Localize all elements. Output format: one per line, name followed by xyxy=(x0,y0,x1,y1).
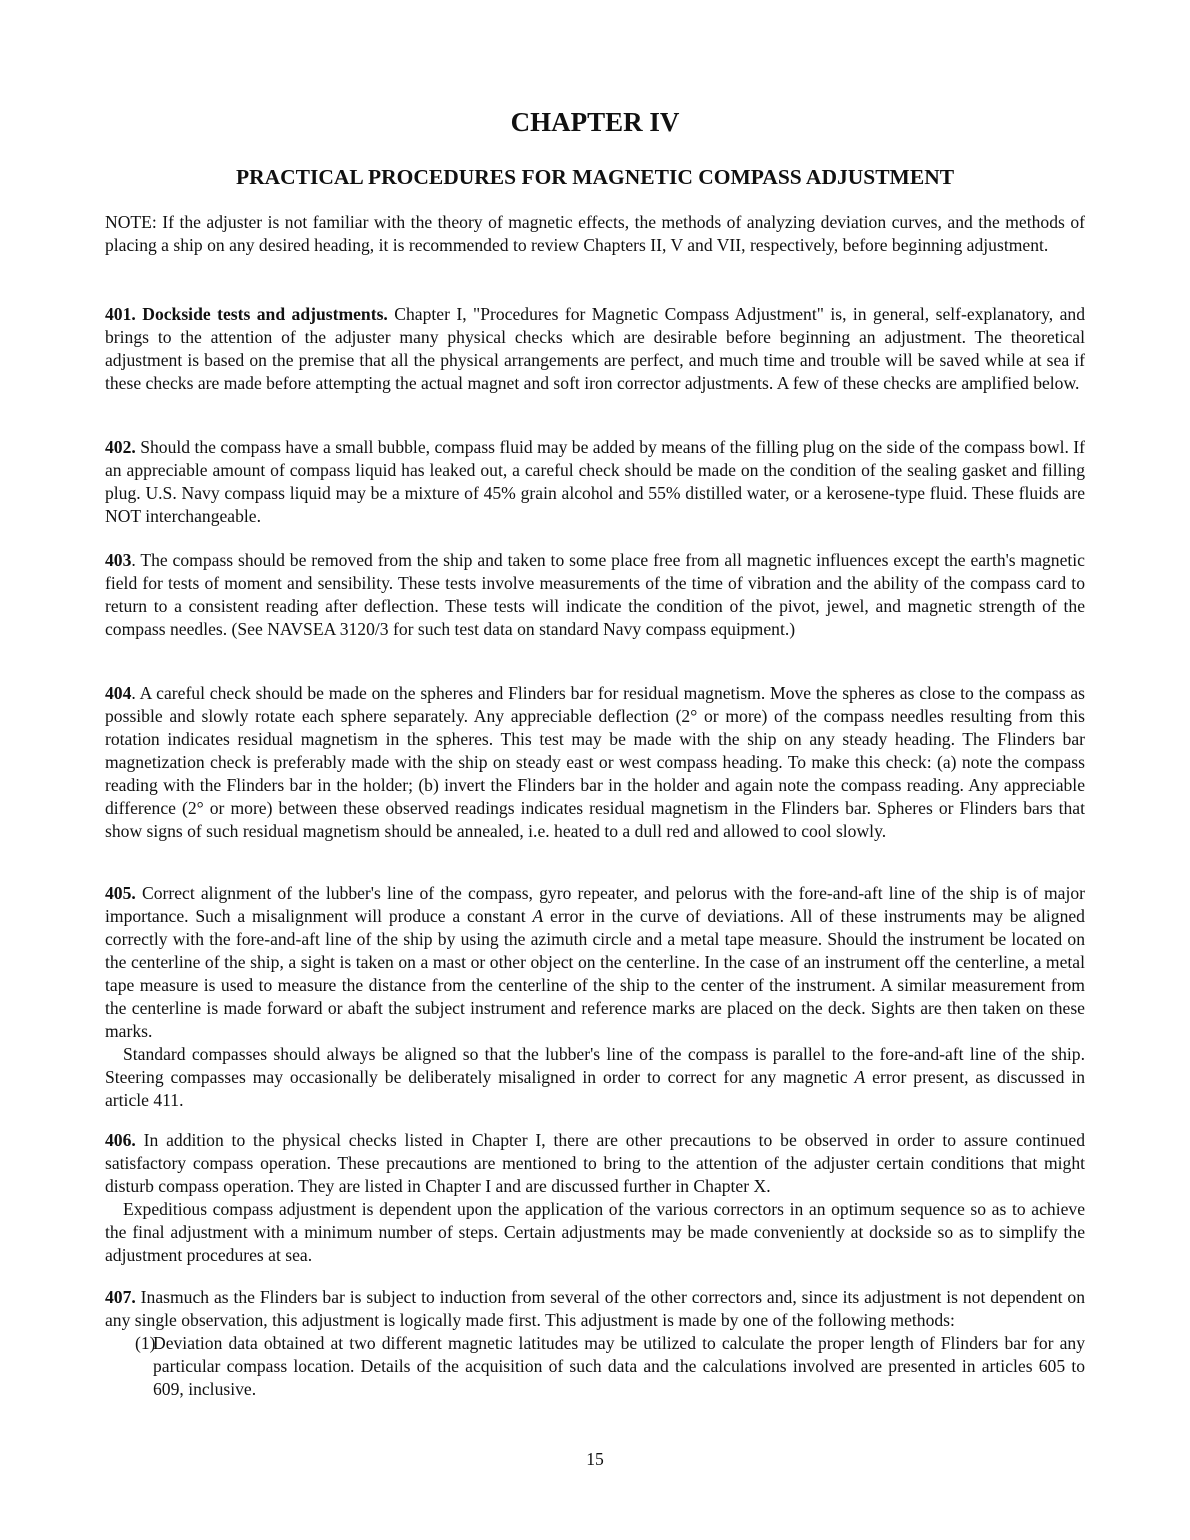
italic-a: A xyxy=(855,1067,866,1087)
article-number: 406. xyxy=(105,1130,136,1150)
chapter-subtitle: PRACTICAL PROCEDURES FOR MAGNETIC COMPAS… xyxy=(105,162,1085,192)
article-text: . A careful check should be made on the … xyxy=(105,683,1085,841)
article-406: 406. In addition to the physical checks … xyxy=(105,1129,1085,1267)
list-item-text: Deviation data obtained at two different… xyxy=(153,1333,1085,1399)
article-number: 405. xyxy=(105,883,136,903)
article-407: 407. Inasmuch as the Flinders bar is sub… xyxy=(105,1286,1085,1401)
note-text: NOTE: If the adjuster is not familiar wi… xyxy=(105,211,1085,257)
article-402: 402. Should the compass have a small bub… xyxy=(105,436,1085,528)
article-number: 401. xyxy=(105,304,136,324)
article-heading: Dockside tests and adjustments. xyxy=(142,304,388,324)
note-paragraph: NOTE: If the adjuster is not familiar wi… xyxy=(105,211,1085,257)
list-item: (1) Deviation data obtained at two diffe… xyxy=(105,1332,1085,1401)
list-marker: (1) xyxy=(135,1332,156,1355)
article-405: 405. Correct alignment of the lubber's l… xyxy=(105,882,1085,1112)
article-404: 404. A careful check should be made on t… xyxy=(105,682,1085,843)
article-401: 401. Dockside tests and adjustments. Cha… xyxy=(105,303,1085,395)
article-number: 407. xyxy=(105,1287,136,1307)
article-text: In addition to the physical checks liste… xyxy=(105,1130,1085,1196)
article-text: Expeditious compass adjustment is depend… xyxy=(105,1198,1085,1267)
chapter-title: CHAPTER IV xyxy=(105,104,1085,140)
italic-a: A xyxy=(532,906,543,926)
article-number: 403 xyxy=(105,550,131,570)
article-text: Inasmuch as the Flinders bar is subject … xyxy=(105,1287,1085,1330)
article-number: 404 xyxy=(105,683,131,703)
article-text: Should the compass have a small bubble, … xyxy=(105,437,1085,526)
article-text: . The compass should be removed from the… xyxy=(105,550,1085,639)
article-number: 402. xyxy=(105,437,136,457)
article-403: 403. The compass should be removed from … xyxy=(105,549,1085,641)
article-text: error in the curve of deviations. All of… xyxy=(105,906,1085,1041)
page-number: 15 xyxy=(105,1448,1085,1471)
